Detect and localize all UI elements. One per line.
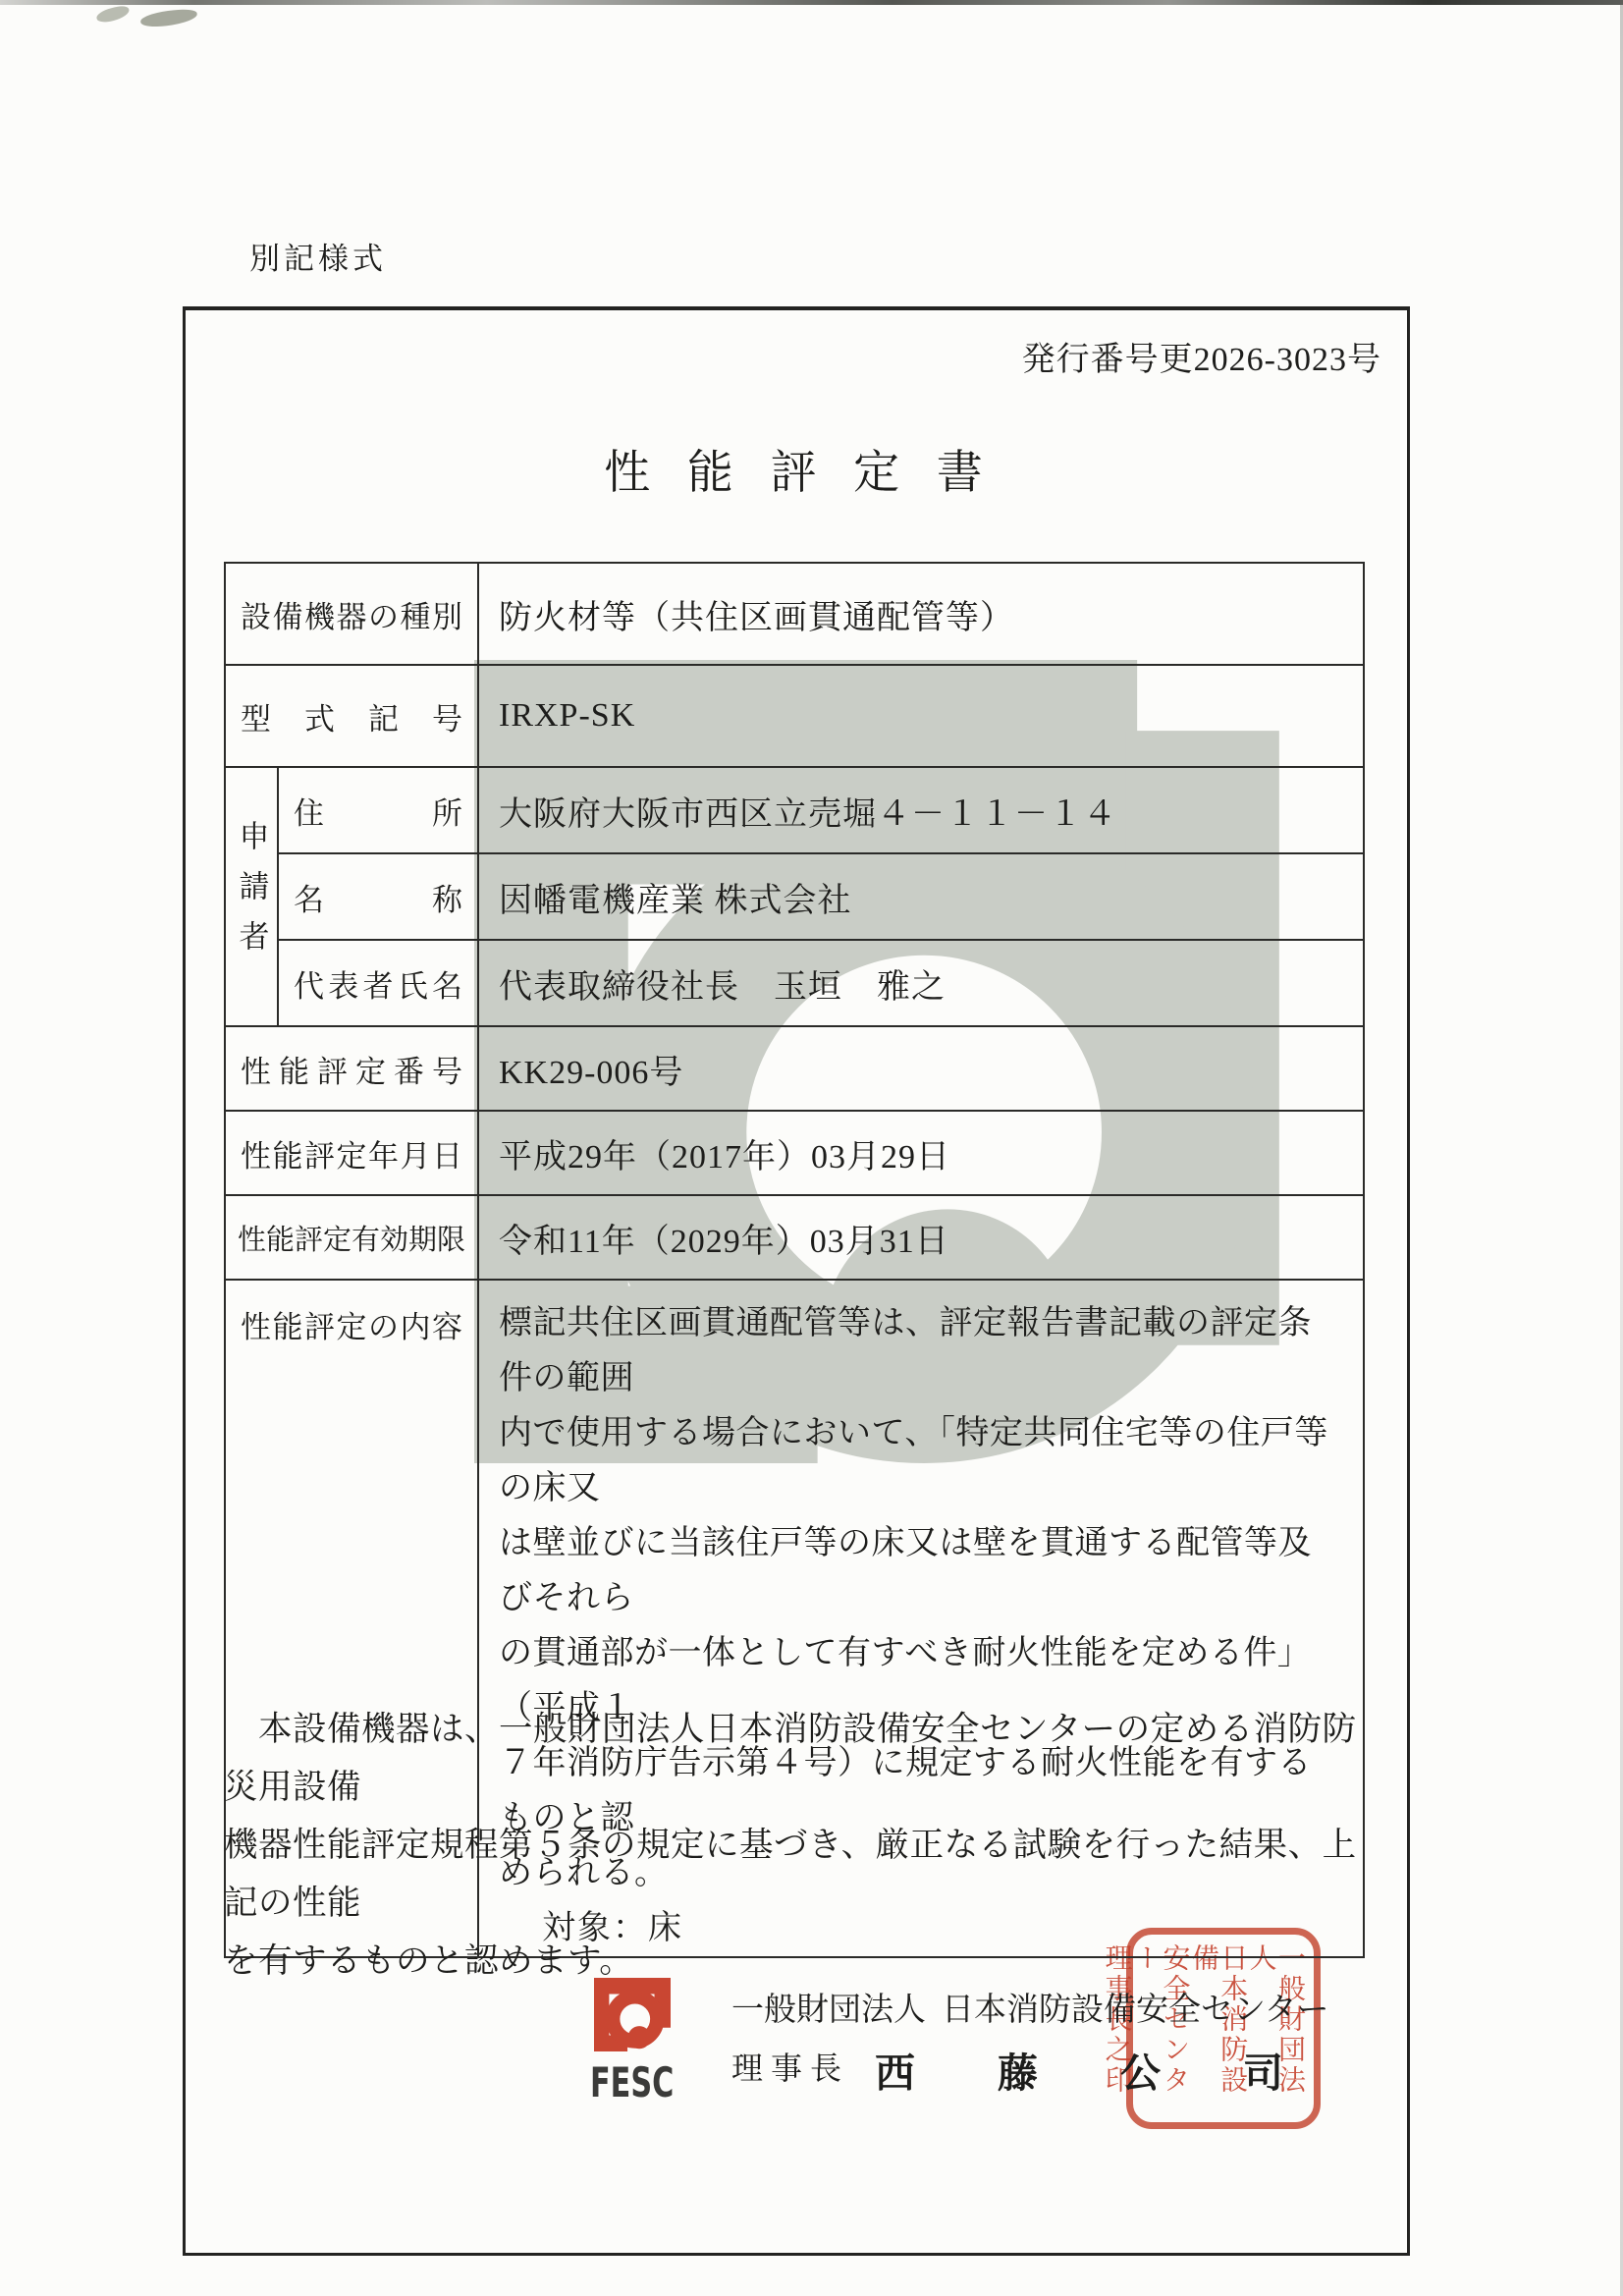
fesc-logo-icon (594, 1978, 671, 2051)
scan-artifact-smudge (139, 8, 197, 29)
table-row: 性能評定年月日 平成29年（2017年）03月29日 (225, 1111, 1364, 1195)
closing-line: を有するものと認めます。 (224, 1933, 1375, 1991)
scan-artifact-top-line (0, 0, 1623, 5)
eval-content-line: は壁並びに当該住戸等の床又は壁を貫通する配管等及びそれら (499, 1516, 1341, 1626)
applicant-group-label: 申請者 (230, 820, 274, 970)
applicant-representative-label: 代表者氏名 (278, 940, 478, 1026)
eval-content-line: 標記共住区画貫通配管等は、評定報告書記載の評定条件の範囲 (499, 1296, 1341, 1406)
signer-name: 西藤公司 (875, 2050, 1366, 2096)
eval-number-value: KK29-006号 (478, 1026, 1364, 1111)
eval-date-label: 性能評定年月日 (225, 1111, 478, 1195)
table-row: 型式記号 IRXP-SK (225, 665, 1364, 767)
table-row: 名称 因幡電機産業 株式会社 (225, 853, 1364, 940)
equipment-type-label: 設備機器の種別 (225, 563, 478, 665)
eval-content-line: 内で使用する場合において、「特定共同住宅等の住戸等の床又 (499, 1406, 1341, 1516)
applicant-representative-value: 代表取締役社長 玉垣 雅之 (478, 940, 1364, 1026)
applicant-group-cell: 申請者 (225, 767, 278, 1026)
model-code-value: IRXP-SK (478, 665, 1364, 767)
applicant-name-value: 因幡電機産業 株式会社 (478, 853, 1364, 940)
table-row: 申請者 住所 大阪府大阪市西区立売堀４－１１－１４ (225, 767, 1364, 853)
applicant-address-value: 大阪府大阪市西区立売堀４－１１－１４ (478, 767, 1364, 853)
eval-expiry-label: 性能評定有効期限 (225, 1195, 478, 1280)
model-code-label: 型式記号 (225, 665, 478, 767)
closing-line: 本設備機器は、一般財団法人日本消防設備安全センターの定める消防防災用設備 (224, 1701, 1375, 1817)
page-title: 性能評定書 (183, 436, 1404, 502)
organization-type: 一般財団法人 (731, 1993, 926, 2028)
closing-statement: 本設備機器は、一般財団法人日本消防設備安全センターの定める消防防災用設備 機器性… (224, 1701, 1375, 1991)
table-row: 性能評定番号 KK29-006号 (225, 1026, 1364, 1111)
scan-artifact-smudge (95, 4, 131, 25)
form-note: 別記様式 (249, 234, 387, 278)
signer-title: 理事長 (731, 2050, 849, 2086)
issue-number: 発行番号更2026-3023号 (1022, 332, 1381, 380)
fesc-logo-text: FESC (590, 2058, 674, 2106)
eval-number-label: 性能評定番号 (225, 1026, 478, 1111)
eval-expiry-value: 令和11年（2029年）03月31日 (478, 1195, 1364, 1280)
signature-line: 理事長西藤公司 (731, 2041, 1366, 2099)
table-row: 性能評定有効期限 令和11年（2029年）03月31日 (225, 1195, 1364, 1280)
certificate-page: 別記様式 発行番号更2026-3023号 性能評定書 設備機器の種別 防火材等（… (0, 0, 1623, 2296)
applicant-name-label: 名称 (278, 853, 478, 940)
equipment-type-value: 防火材等（共住区画貫通配管等） (478, 563, 1364, 665)
closing-line: 機器性能評定規程第５条の規定に基づき、厳正なる試験を行った結果、上記の性能 (224, 1817, 1375, 1933)
applicant-address-label: 住所 (278, 767, 478, 853)
table-row: 設備機器の種別 防火材等（共住区画貫通配管等） (225, 563, 1364, 665)
organization-name: 日本消防設備安全センター (942, 1993, 1329, 2028)
eval-date-value: 平成29年（2017年）03月29日 (478, 1111, 1364, 1195)
organization-line: 一般財団法人日本消防設備安全センター (731, 1984, 1329, 2030)
table-row: 代表者氏名 代表取締役社長 玉垣 雅之 (225, 940, 1364, 1026)
